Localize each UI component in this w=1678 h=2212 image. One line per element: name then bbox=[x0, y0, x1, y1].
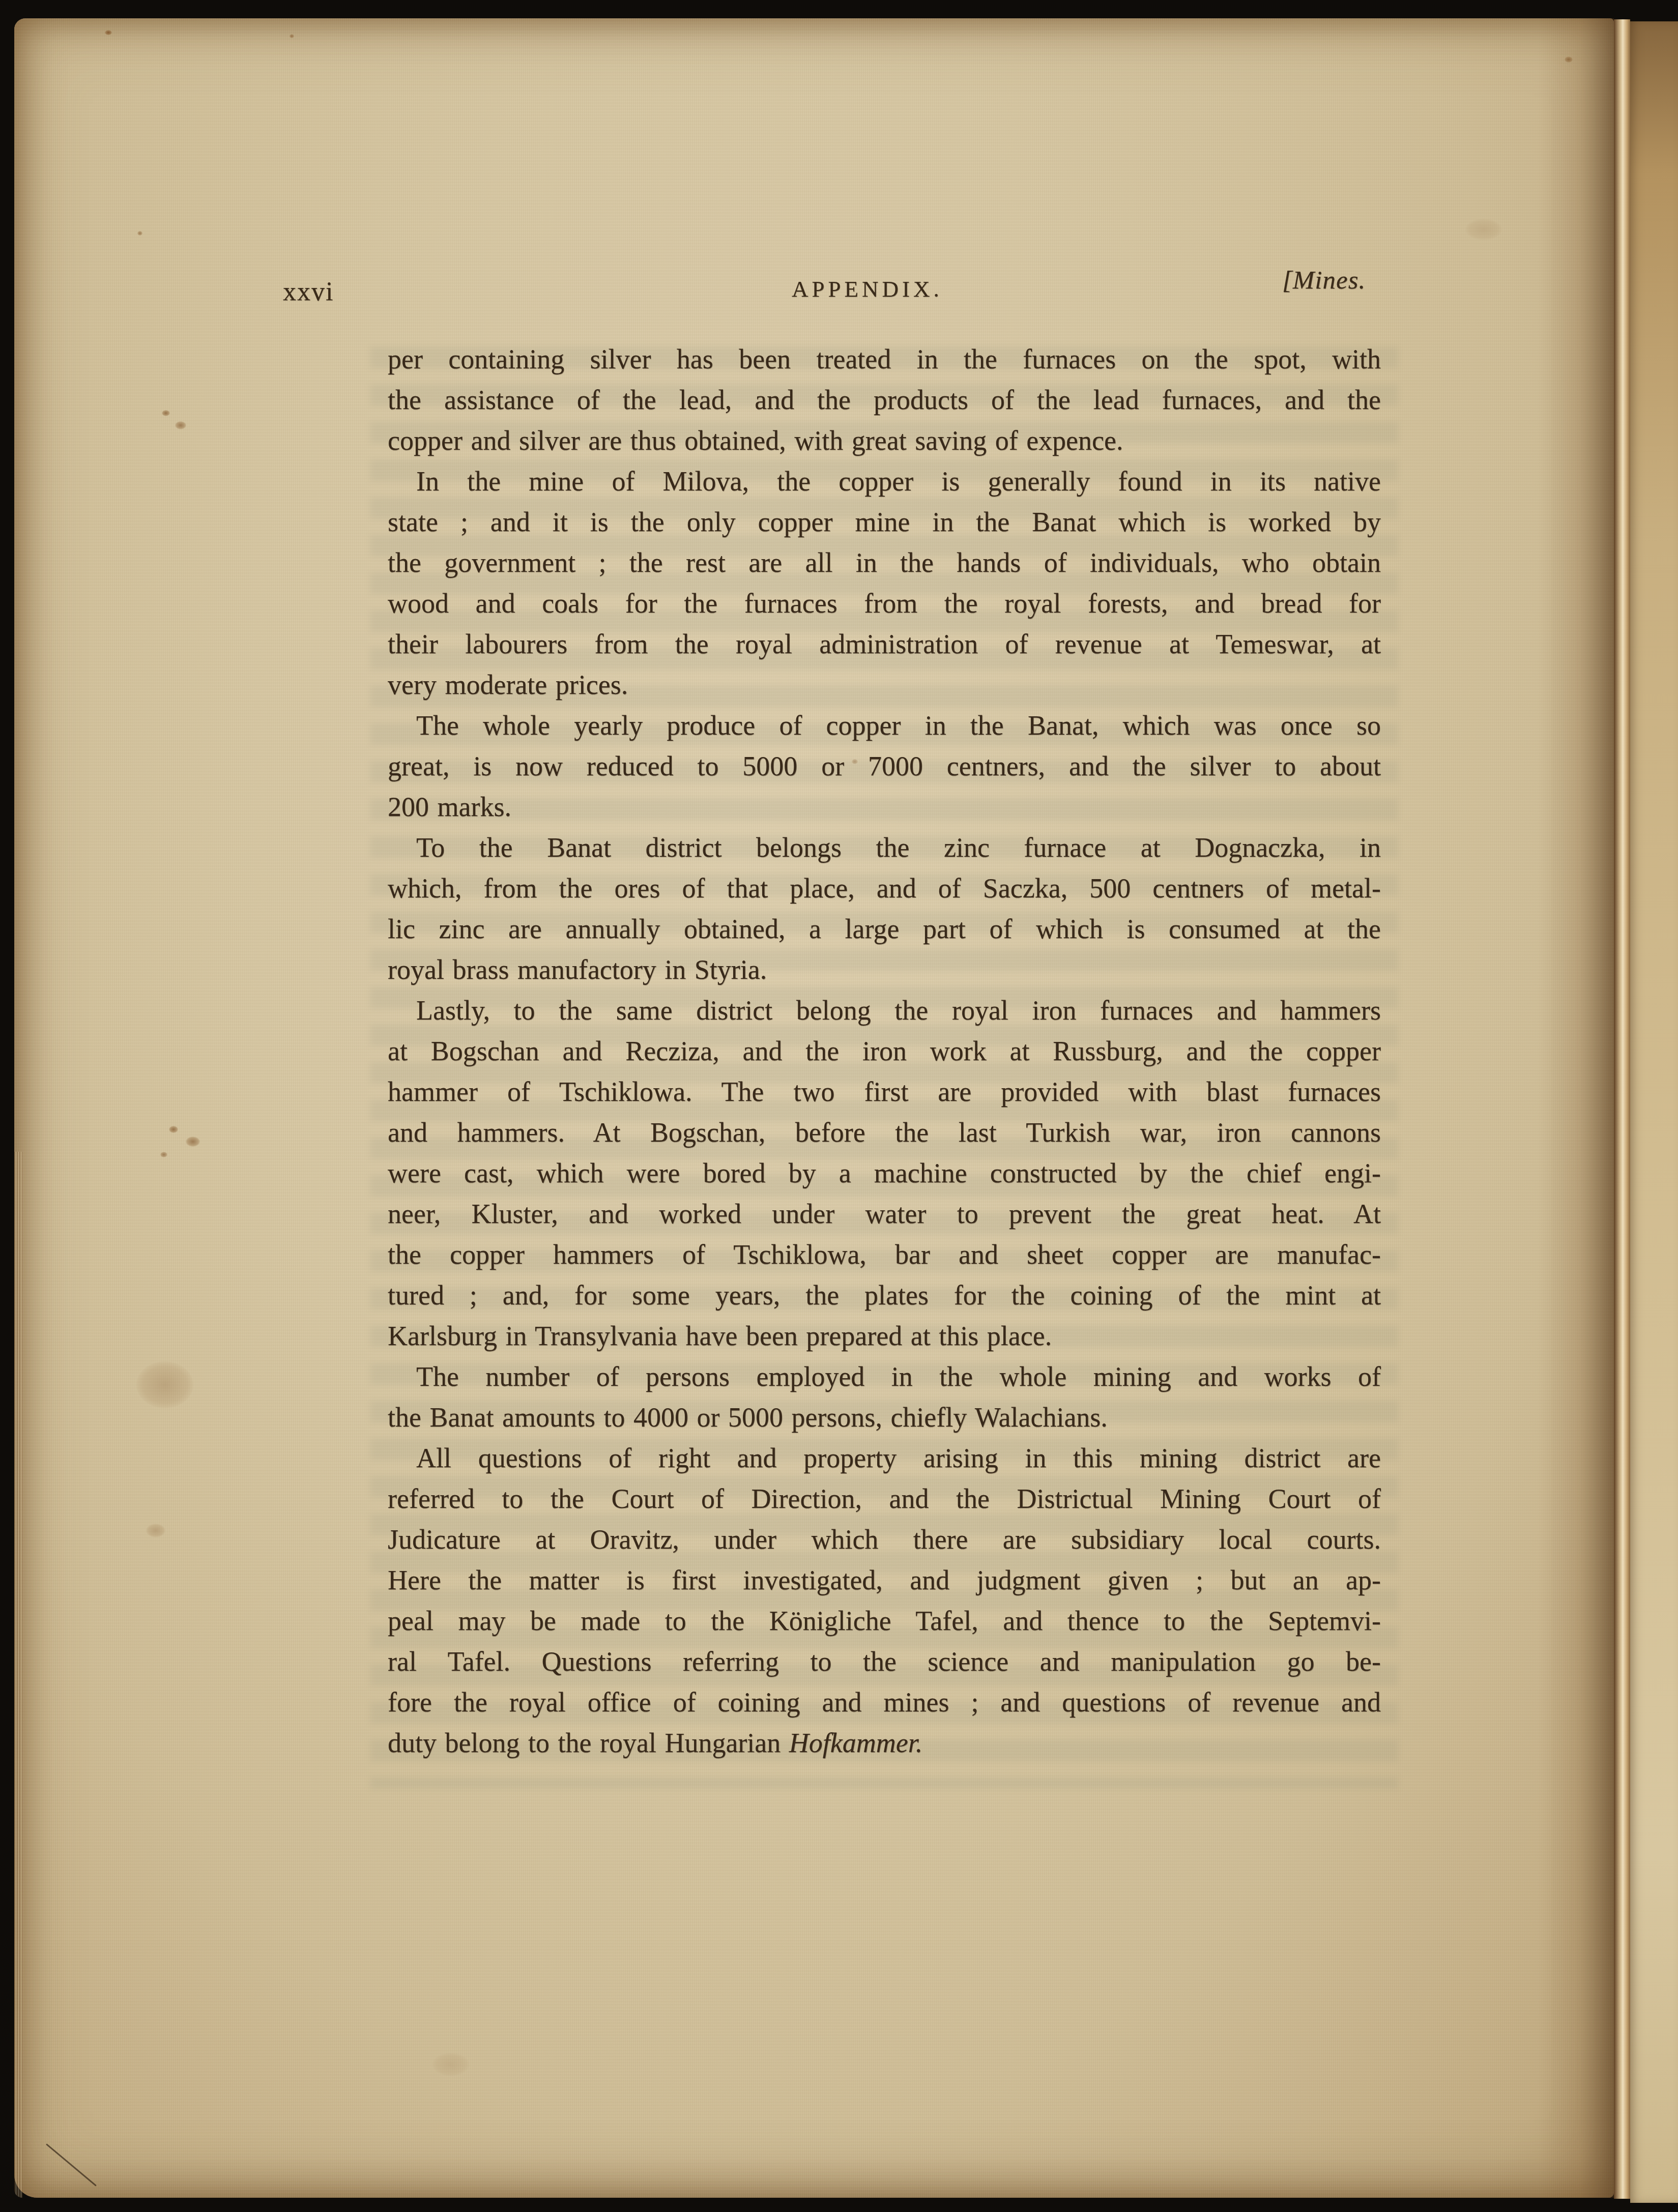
text-line: the government ; the rest are all in the… bbox=[388, 542, 1381, 583]
text-line: state ; and it is the only copper mine i… bbox=[388, 502, 1381, 542]
text-line: great, is now reduced to 5000 or 7000 ce… bbox=[388, 746, 1381, 787]
paragraph: In the mine of Milova, the copper is gen… bbox=[388, 461, 1381, 705]
text-line: The whole yearly produce of copper in th… bbox=[388, 705, 1381, 746]
paragraph: per containing silver has been treated i… bbox=[388, 339, 1381, 461]
text-line: copper and silver are thus obtained, wit… bbox=[388, 420, 1381, 461]
book-scan: xxvi APPENDIX. [Mines. per containing si… bbox=[0, 0, 1678, 2212]
text-line: The number of persons employed in the wh… bbox=[388, 1356, 1381, 1397]
text-line: In the mine of Milova, the copper is gen… bbox=[388, 461, 1381, 502]
stain bbox=[432, 2053, 469, 2076]
paragraph: Lastly, to the same district belong the … bbox=[388, 990, 1381, 1356]
text-line: Judicature at Oravitz, under which there… bbox=[388, 1519, 1381, 1560]
stain bbox=[105, 30, 112, 35]
stain bbox=[169, 1126, 178, 1133]
text-line: duty belong to the royal Hungarian Hofka… bbox=[388, 1723, 1381, 1763]
stain bbox=[852, 759, 858, 764]
text-line: hammer of Tschiklowa. The two first are … bbox=[388, 1071, 1381, 1112]
text-line: per containing silver has been treated i… bbox=[388, 339, 1381, 380]
stain bbox=[1565, 56, 1573, 63]
stain bbox=[290, 34, 294, 38]
paragraph: The whole yearly produce of copper in th… bbox=[388, 705, 1381, 827]
text-line: Lastly, to the same district belong the … bbox=[388, 990, 1381, 1031]
gutter-shadow bbox=[1538, 18, 1614, 2198]
stain bbox=[137, 231, 142, 236]
text-line: lic zinc are annually obtained, a large … bbox=[388, 909, 1381, 949]
text-line: All questions of right and property aris… bbox=[388, 1438, 1381, 1478]
text-line: the assistance of the lead, and the prod… bbox=[388, 380, 1381, 420]
stain bbox=[175, 421, 186, 429]
page-number: xxvi bbox=[283, 277, 334, 307]
italic-text: Hofkammer. bbox=[789, 1728, 922, 1758]
text-line: wood and coals for the furnaces from the… bbox=[388, 583, 1381, 624]
stain bbox=[160, 1152, 167, 1157]
stain bbox=[136, 1361, 193, 1408]
stain bbox=[162, 410, 170, 416]
text-line: fore the royal office of coining and min… bbox=[388, 1682, 1381, 1723]
plain-text: duty belong to the royal Hungarian bbox=[388, 1728, 789, 1758]
book-page: xxvi APPENDIX. [Mines. per containing si… bbox=[14, 18, 1614, 2198]
text-line: the Banat amounts to 4000 or 5000 person… bbox=[388, 1397, 1381, 1438]
text-line: very moderate prices. bbox=[388, 664, 1381, 705]
stain bbox=[186, 1137, 200, 1147]
paragraph: The number of persons employed in the wh… bbox=[388, 1356, 1381, 1438]
text-line: Karlsburg in Transylvania have been prep… bbox=[388, 1316, 1381, 1356]
text-line: neer, Kluster, and worked under water to… bbox=[388, 1194, 1381, 1234]
page-fold-edge bbox=[1614, 19, 1630, 2199]
paragraph: All questions of right and property aris… bbox=[388, 1438, 1381, 1763]
text-line: 200 marks. bbox=[388, 787, 1381, 827]
text-line: and hammers. At Bogschan, before the las… bbox=[388, 1112, 1381, 1153]
text-line: were cast, which were bored by a machine… bbox=[388, 1153, 1381, 1194]
text-block: per containing silver has been treated i… bbox=[388, 339, 1381, 1763]
text-line: peal may be made to the Königliche Tafel… bbox=[388, 1600, 1381, 1641]
text-line: which, from the ores of that place, and … bbox=[388, 868, 1381, 909]
text-line: ral Tafel. Questions referring to the sc… bbox=[388, 1641, 1381, 1682]
text-line: Here the matter is first investigated, a… bbox=[388, 1560, 1381, 1600]
paragraph: To the Banat district belongs the zinc f… bbox=[388, 827, 1381, 990]
text-line: their labourers from the royal administr… bbox=[388, 624, 1381, 664]
next-page-edge bbox=[1630, 21, 1678, 2203]
page-stack-edge bbox=[14, 1152, 22, 2198]
margin-note: [Mines. bbox=[1282, 266, 1366, 295]
text-line: referred to the Court of Direction, and … bbox=[388, 1478, 1381, 1519]
text-line: tured ; and, for some years, the plates … bbox=[388, 1275, 1381, 1316]
stain bbox=[1465, 219, 1502, 240]
text-line: at Bogschan and Recziza, and the iron wo… bbox=[388, 1031, 1381, 1071]
text-line: the copper hammers of Tschiklowa, bar an… bbox=[388, 1234, 1381, 1275]
stain bbox=[146, 1524, 165, 1537]
text-line: To the Banat district belongs the zinc f… bbox=[388, 827, 1381, 868]
running-title: APPENDIX. bbox=[792, 276, 943, 302]
text-line: royal brass manufactory in Styria. bbox=[388, 949, 1381, 990]
